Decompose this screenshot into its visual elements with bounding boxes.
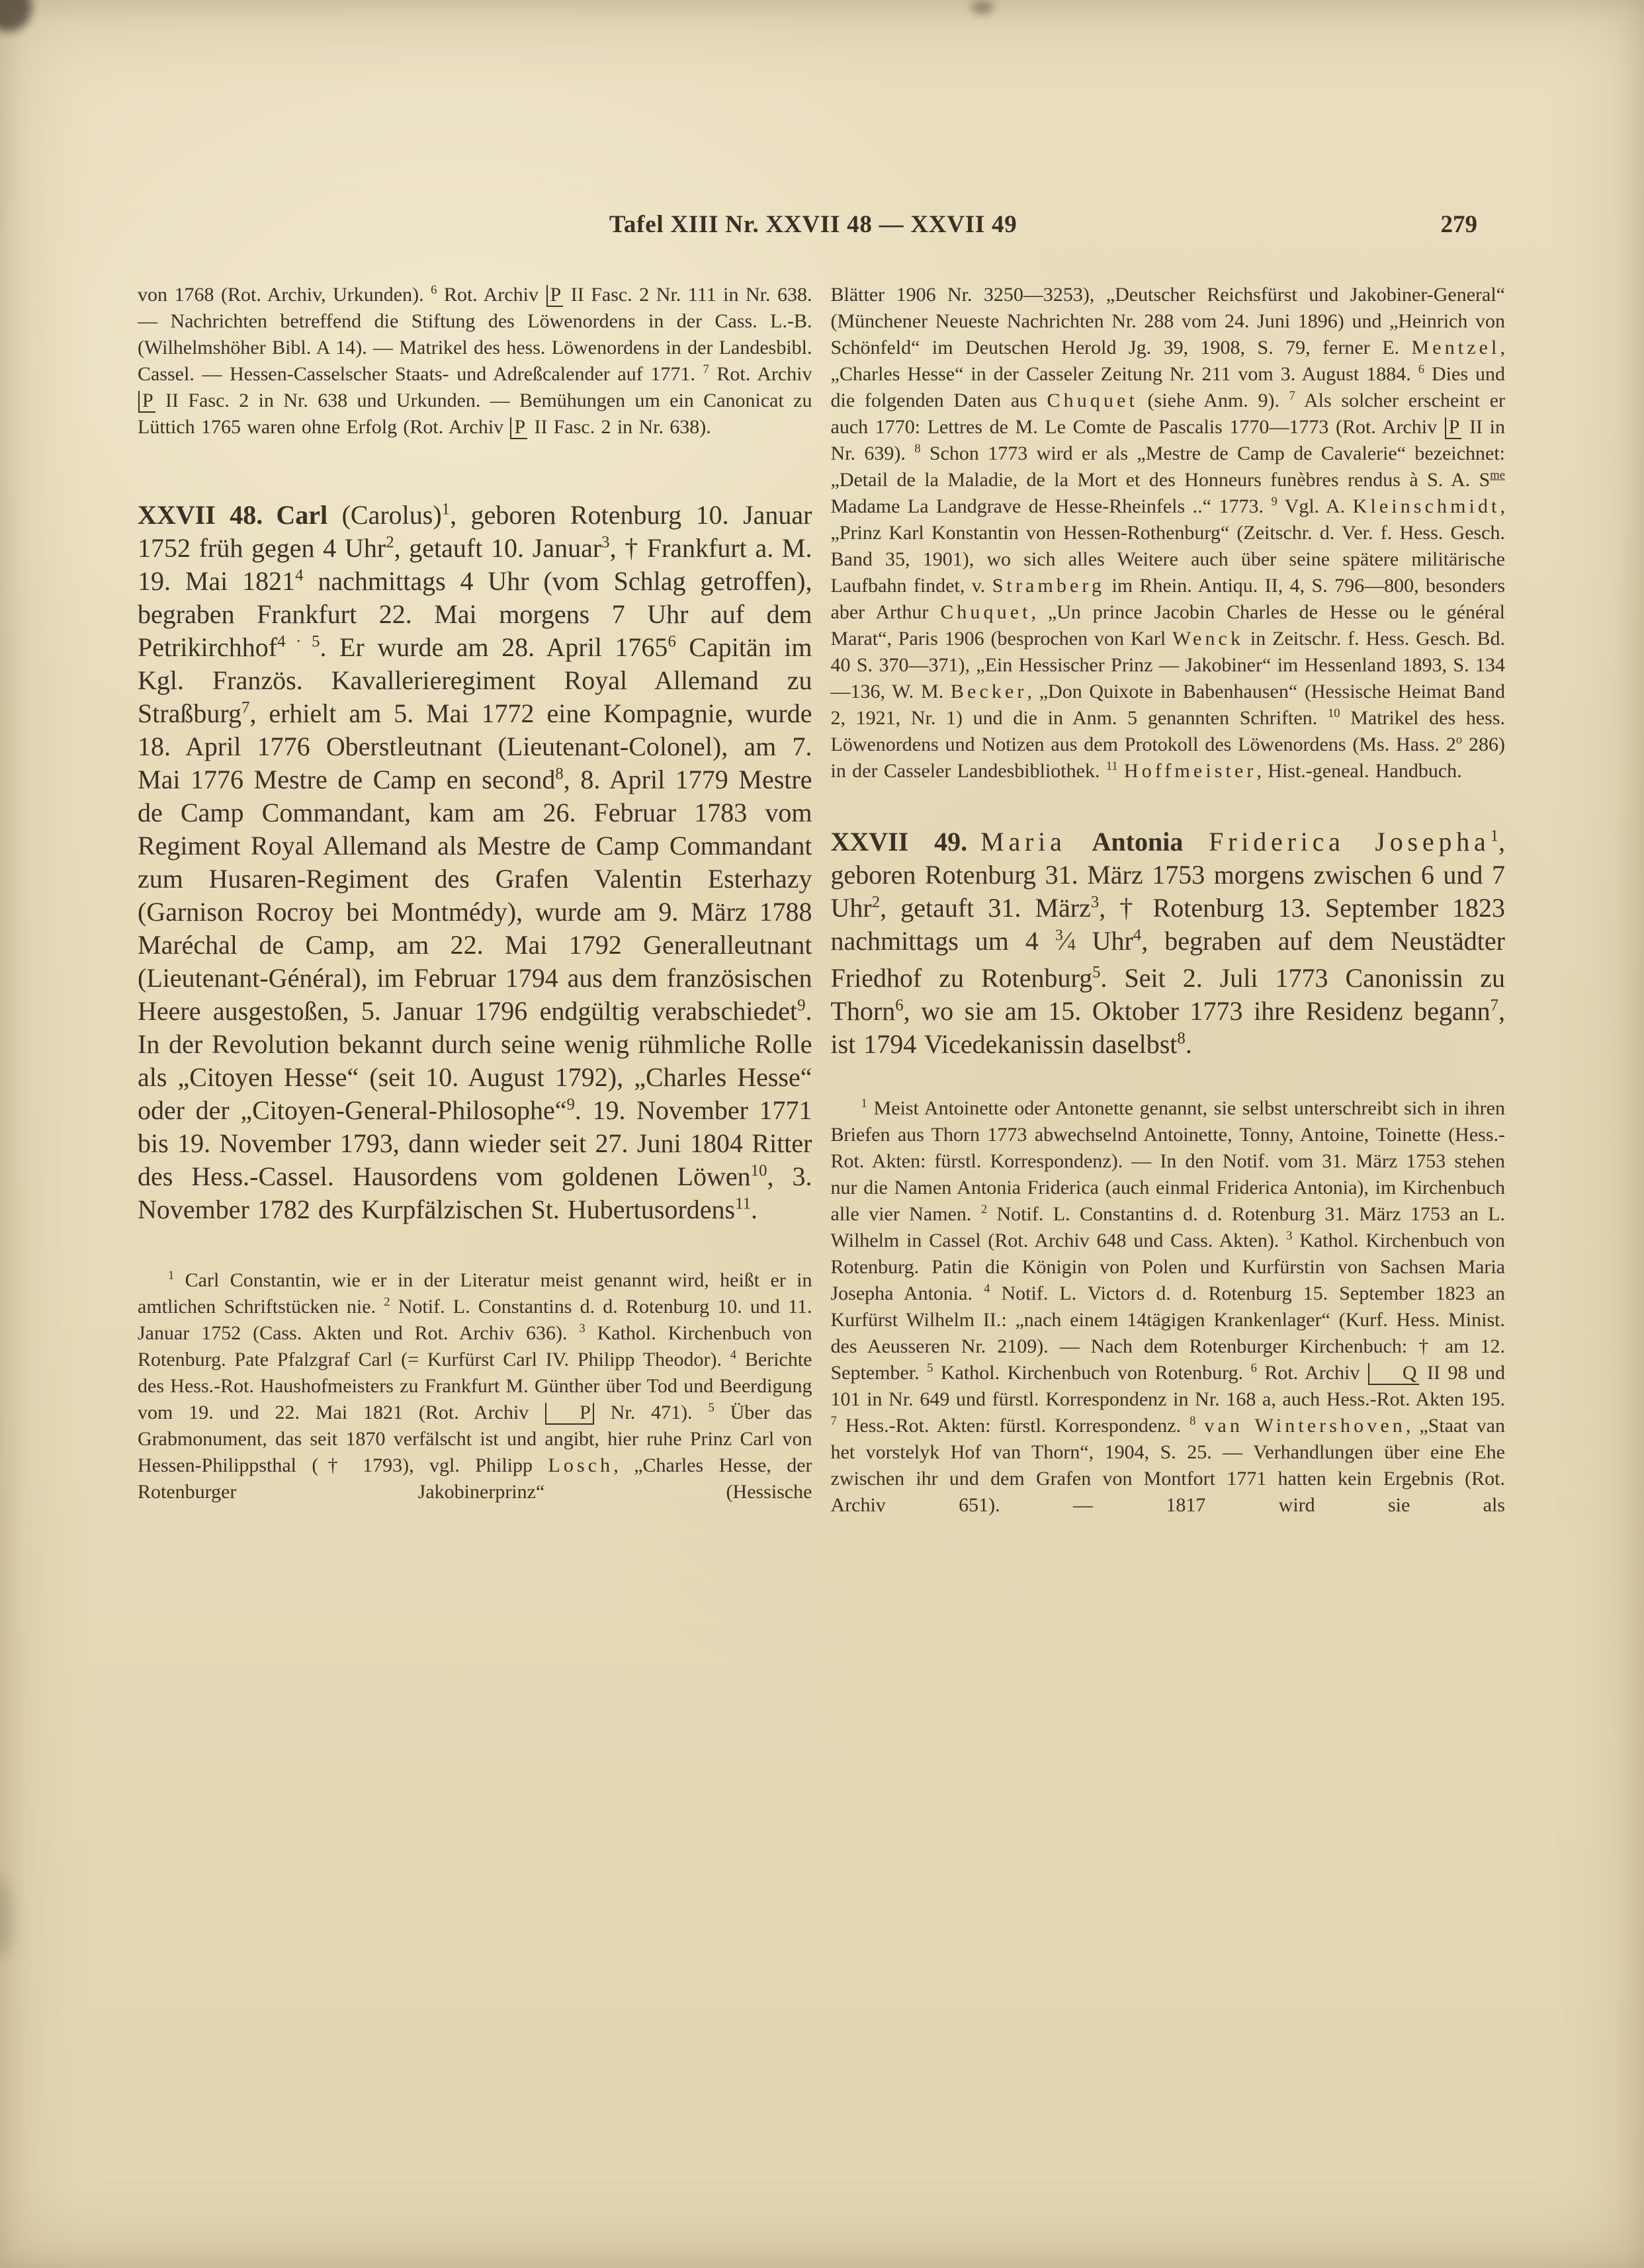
scan-smudge-left-margin — [0, 1878, 11, 1958]
footnotes-carryover-previous-page: von 1768 (Rot. Archiv, Urkunden). 6 Rot.… — [138, 282, 812, 441]
page-header: Tafel XIII Nr. XXVII 48 — XXVII 49 279 — [138, 210, 1505, 245]
footnotes-xxvii-48: 1 Carl Constantin, wie er in der Literat… — [138, 1267, 812, 1505]
scan-smudge-top-center — [971, 1, 994, 13]
book-page: Tafel XIII Nr. XXVII 48 — XXVII 49 279 v… — [0, 0, 1644, 2268]
page-number: 279 — [1441, 210, 1478, 239]
footnotes-xxvii-49: 1 Meist Antoinette oder Antonette genann… — [831, 1095, 1506, 1519]
footnotes-xxvii-48-continued: Blätter 1906 Nr. 3250—3253), „Deutscher … — [831, 282, 1506, 784]
two-column-text: von 1768 (Rot. Archiv, Urkunden). 6 Rot.… — [138, 282, 1505, 1519]
scan-smudge-top-left — [0, 0, 32, 32]
right-column: Blätter 1906 Nr. 3250—3253), „Deutscher … — [831, 282, 1506, 1519]
entry-xxvii-48: XXVII 48. Carl (Carolus)1, geboren Roten… — [138, 499, 812, 1226]
scanned-book-page: { "colors": { "paper": "#e8dcbd", "ink":… — [0, 0, 1644, 2268]
entry-xxvii-49: XXVII 49. Maria Antonia Friderica Joseph… — [831, 825, 1506, 1061]
running-title: Tafel XIII Nr. XXVII 48 — XXVII 49 — [609, 210, 1017, 239]
left-column: von 1768 (Rot. Archiv, Urkunden). 6 Rot.… — [138, 282, 812, 1519]
